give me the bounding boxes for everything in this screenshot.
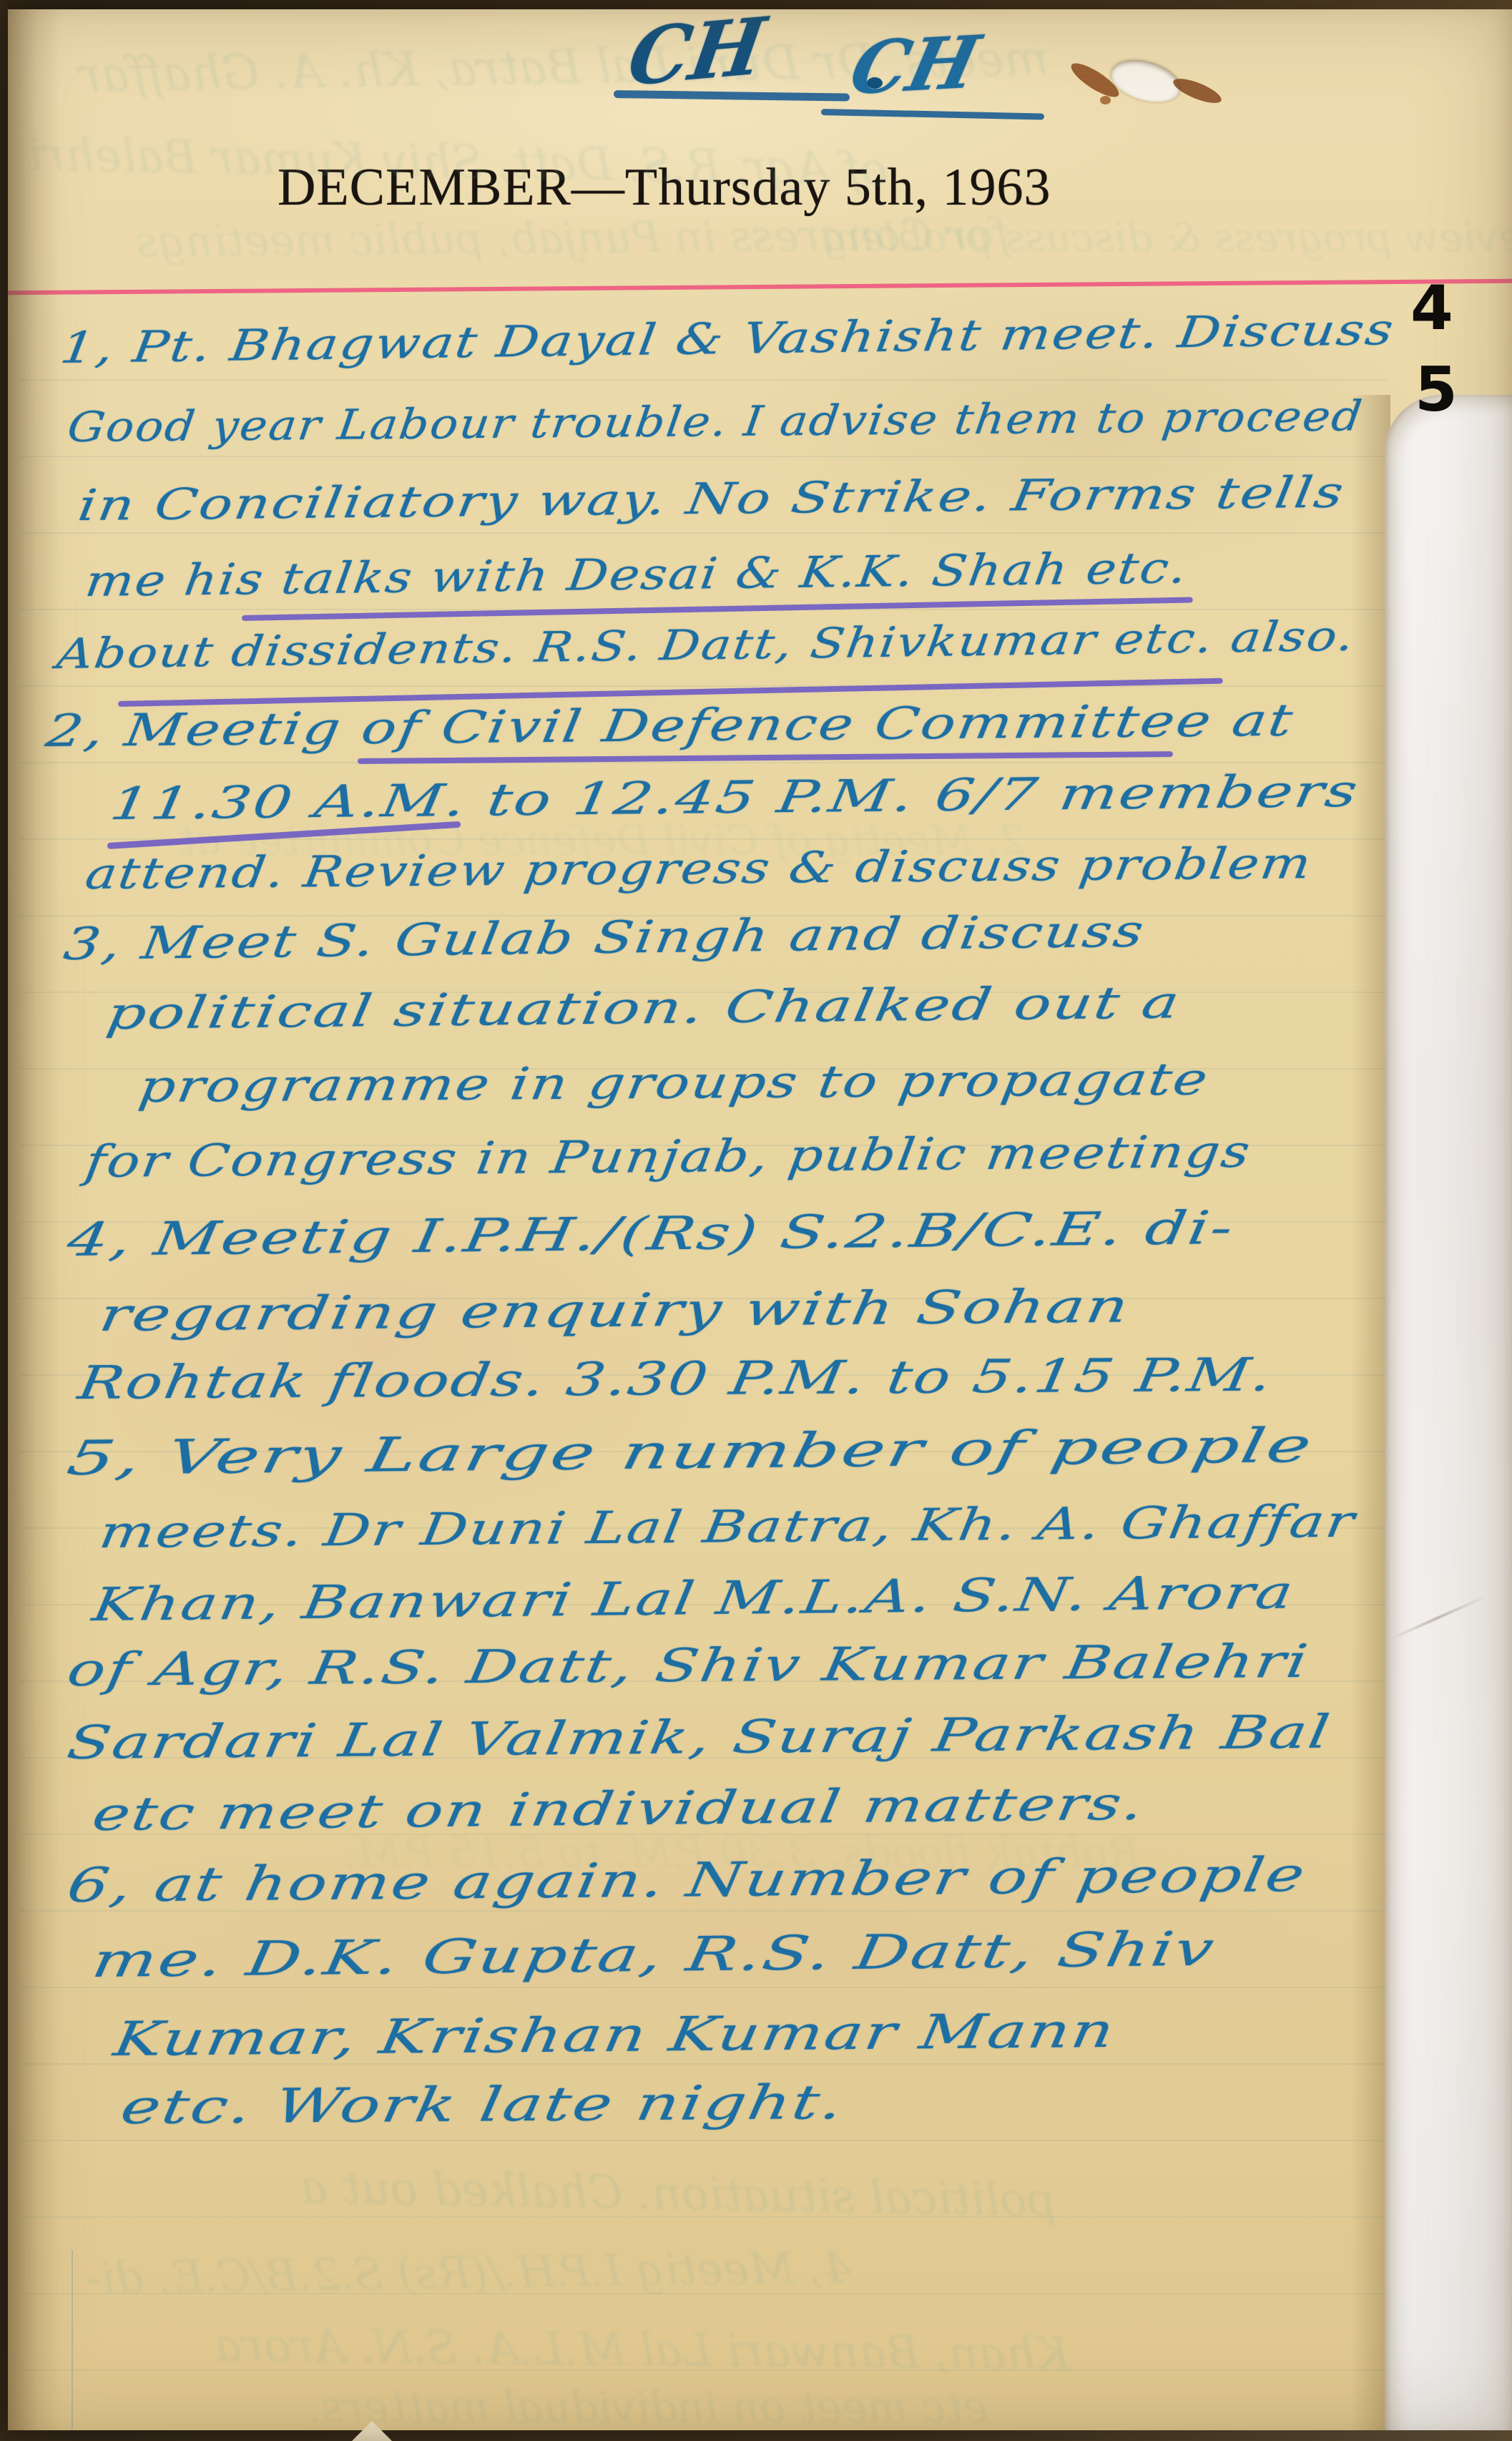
purple-underline (107, 821, 461, 849)
scan-edge-top (0, 0, 1512, 9)
page-number-4: 4 (1410, 278, 1453, 339)
scan-edge-bottom (0, 2430, 1512, 2441)
purple-underline (358, 751, 1173, 764)
underline-strokes (0, 0, 1512, 2441)
page-number-5: 5 (1415, 359, 1458, 421)
scan-edge-left (0, 0, 8, 2441)
rust-stain (1100, 96, 1111, 104)
purple-underline (242, 597, 1193, 621)
purple-underline (118, 678, 1223, 707)
binding-shadow (8, 0, 61, 2441)
diary-page-scan: DECEMBER—Thursday 5th, 1963 CH CH meets.… (0, 0, 1512, 2441)
underlying-page-edge (1385, 395, 1512, 2441)
ch-check-mark-1: CH (622, 1, 771, 104)
ink-blot (867, 77, 883, 89)
ch-check-mark-2: CH (843, 19, 986, 112)
